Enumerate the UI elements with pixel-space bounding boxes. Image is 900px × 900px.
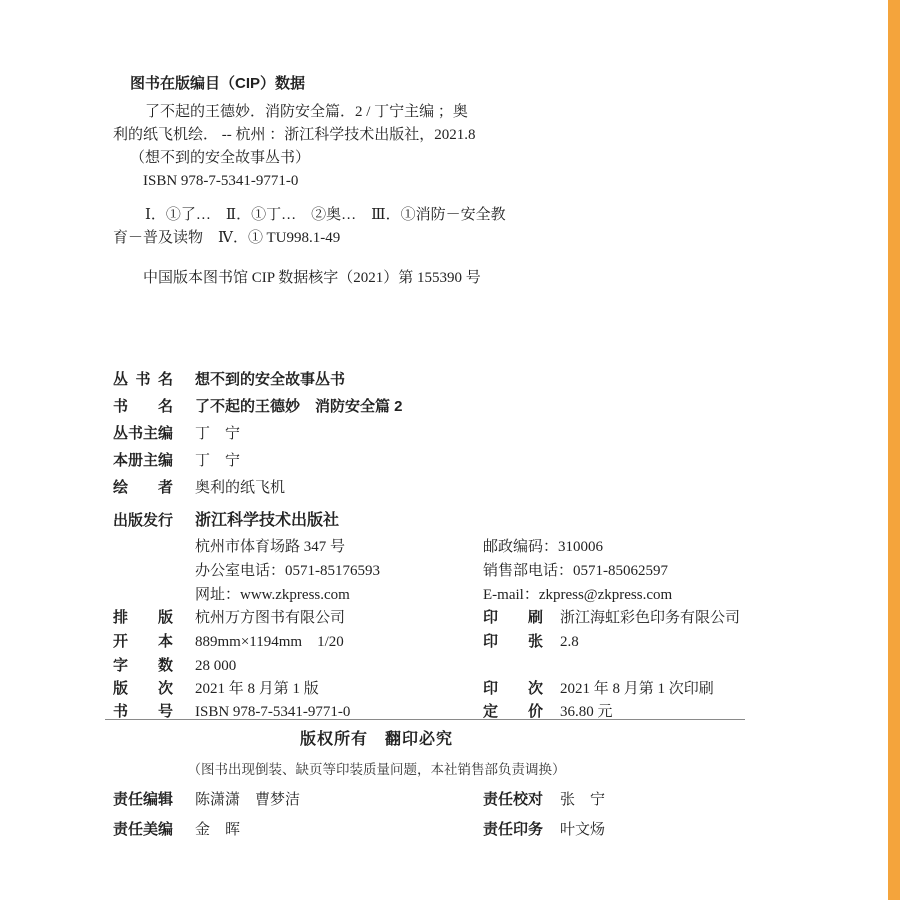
typesetting-row: 排版杭州万方图书有限公司: [113, 607, 345, 629]
illustrator-label: 绘者: [113, 477, 173, 499]
cip-record-line: ISBN 978-7-5341-9771-0: [113, 170, 633, 193]
email: E-mail：zkpress@zkpress.com: [483, 584, 672, 606]
wordcount-value: 28 000: [195, 658, 236, 674]
art-editor-value: 金 晖: [195, 822, 240, 838]
publisher-name: 浙江科学技术出版社: [195, 512, 339, 529]
office-phone: 办公室电话：0571-85176593: [195, 560, 380, 582]
proofreader-row: 责任校对张 宁: [483, 789, 605, 811]
horizontal-rule: [105, 719, 745, 720]
impression-value: 2021 年 8 月第 1 次印刷: [560, 681, 714, 697]
volume-editor-value: 丁 宁: [195, 453, 240, 469]
typesetting-value: 杭州万方图书有限公司: [195, 610, 345, 626]
copyright-block: 版权所有 翻印必究 （图书出现倒装、缺页等印装质量问题，本社销售部负责调换）: [113, 726, 640, 778]
edition-value: 2021 年 8 月第 1 版: [195, 681, 319, 697]
impression-label: 印次: [483, 678, 543, 700]
website: 网址：www.zkpress.com: [195, 584, 350, 606]
copyright-disclaimer: （图书出现倒装、缺页等印装质量问题，本社销售部负责调换）: [113, 758, 640, 778]
printing-value: 浙江海虹彩色印务有限公司: [560, 610, 740, 626]
series-value: 想不到的安全故事丛书: [195, 371, 345, 388]
book-info-row-series-editor: 丛书主编丁 宁: [113, 423, 240, 445]
edition-label: 版次: [113, 678, 173, 700]
format-label: 开本: [113, 631, 173, 653]
art-editor-label: 责任美编: [113, 819, 173, 841]
wordcount-label: 字数: [113, 655, 173, 677]
cip-record-line: （想不到的安全故事丛书）: [113, 147, 633, 170]
cip-record-line: 了不起的王德妙．消防安全篇．2 / 丁宁主编 ；奥: [113, 101, 633, 124]
cip-classification-block: Ⅰ．①了… Ⅱ．①丁… ②奥… Ⅲ．①消防－安全教 育－普及读物 Ⅳ．① TU9…: [113, 204, 633, 250]
editor-row: 责任编辑陈潇潇 曹梦洁: [113, 789, 300, 811]
copyright-page: { "accent_color": "#F4A43C", "cip_sectio…: [0, 0, 900, 900]
sheets-row: 印张2.8: [483, 631, 579, 653]
typesetting-label: 排版: [113, 607, 173, 629]
page-edge-accent: [888, 0, 900, 900]
series-editor-value: 丁 宁: [195, 426, 240, 442]
print-supervisor-value: 叶文炀: [560, 822, 605, 838]
edition-row: 版次2021 年 8 月第 1 版: [113, 678, 319, 700]
sheets-label: 印张: [483, 631, 543, 653]
cip-classification-line: Ⅰ．①了… Ⅱ．①丁… ②奥… Ⅲ．①消防－安全教: [113, 204, 633, 227]
price-value: 36.80 元: [560, 704, 613, 720]
publisher-address: 杭州市体育场路 347 号: [195, 536, 345, 558]
format-value: 889mm×1194mm 1/20: [195, 634, 344, 650]
print-supervisor-label: 责任印务: [483, 819, 543, 841]
wordcount-row: 字数28 000: [113, 655, 236, 677]
postal-code: 邮政编码：310006: [483, 536, 603, 558]
book-info-row-volume-editor: 本册主编丁 宁: [113, 450, 240, 472]
series-editor-label: 丛书主编: [113, 423, 173, 445]
editor-label: 责任编辑: [113, 789, 173, 811]
proofreader-value: 张 宁: [560, 792, 605, 808]
printing-label: 印刷: [483, 607, 543, 629]
isbn-value: ISBN 978-7-5341-9771-0: [195, 704, 350, 720]
art-editor-row: 责任美编金 晖: [113, 819, 240, 841]
book-info-row-illustrator: 绘者奥利的纸飞机: [113, 477, 285, 499]
proofreader-label: 责任校对: [483, 789, 543, 811]
copyright-notice: 版权所有 翻印必究: [113, 726, 640, 749]
printing-row: 印刷浙江海虹彩色印务有限公司: [483, 607, 740, 629]
title-value: 了不起的王德妙 消防安全篇 2: [195, 398, 403, 415]
cip-record-block: 了不起的王德妙．消防安全篇．2 / 丁宁主编 ；奥 利的纸飞机绘． -- 杭州 …: [113, 101, 633, 193]
impression-row: 印次2021 年 8 月第 1 次印刷: [483, 678, 714, 700]
title-label: 书名: [113, 396, 173, 418]
sheets-value: 2.8: [560, 634, 579, 650]
book-info-row-title: 书名了不起的王德妙 消防安全篇 2: [113, 396, 403, 418]
editor-value: 陈潇潇 曹梦洁: [195, 792, 300, 808]
publisher-label: 出版发行: [113, 510, 173, 532]
volume-editor-label: 本册主编: [113, 450, 173, 472]
cip-classification-line: 育－普及读物 Ⅳ．① TU998.1-49: [113, 227, 633, 250]
sales-phone: 销售部电话：0571-85062597: [483, 560, 668, 582]
cip-record-line: 利的纸飞机绘． -- 杭州 ：浙江科学技术出版社，2021.8: [113, 124, 633, 147]
book-info-row-series: 丛书名想不到的安全故事丛书: [113, 369, 345, 391]
format-row: 开本889mm×1194mm 1/20: [113, 631, 344, 653]
cip-registry-line: 中国版本图书馆 CIP 数据核字（2021）第 155390 号: [143, 266, 481, 287]
print-supervisor-row: 责任印务叶文炀: [483, 819, 605, 841]
publisher-row: 出版发行浙江科学技术出版社: [113, 510, 339, 532]
cip-header: 图书在版编目（CIP）数据: [130, 72, 305, 93]
illustrator-value: 奥利的纸飞机: [195, 480, 285, 496]
series-label: 丛书名: [113, 369, 173, 391]
